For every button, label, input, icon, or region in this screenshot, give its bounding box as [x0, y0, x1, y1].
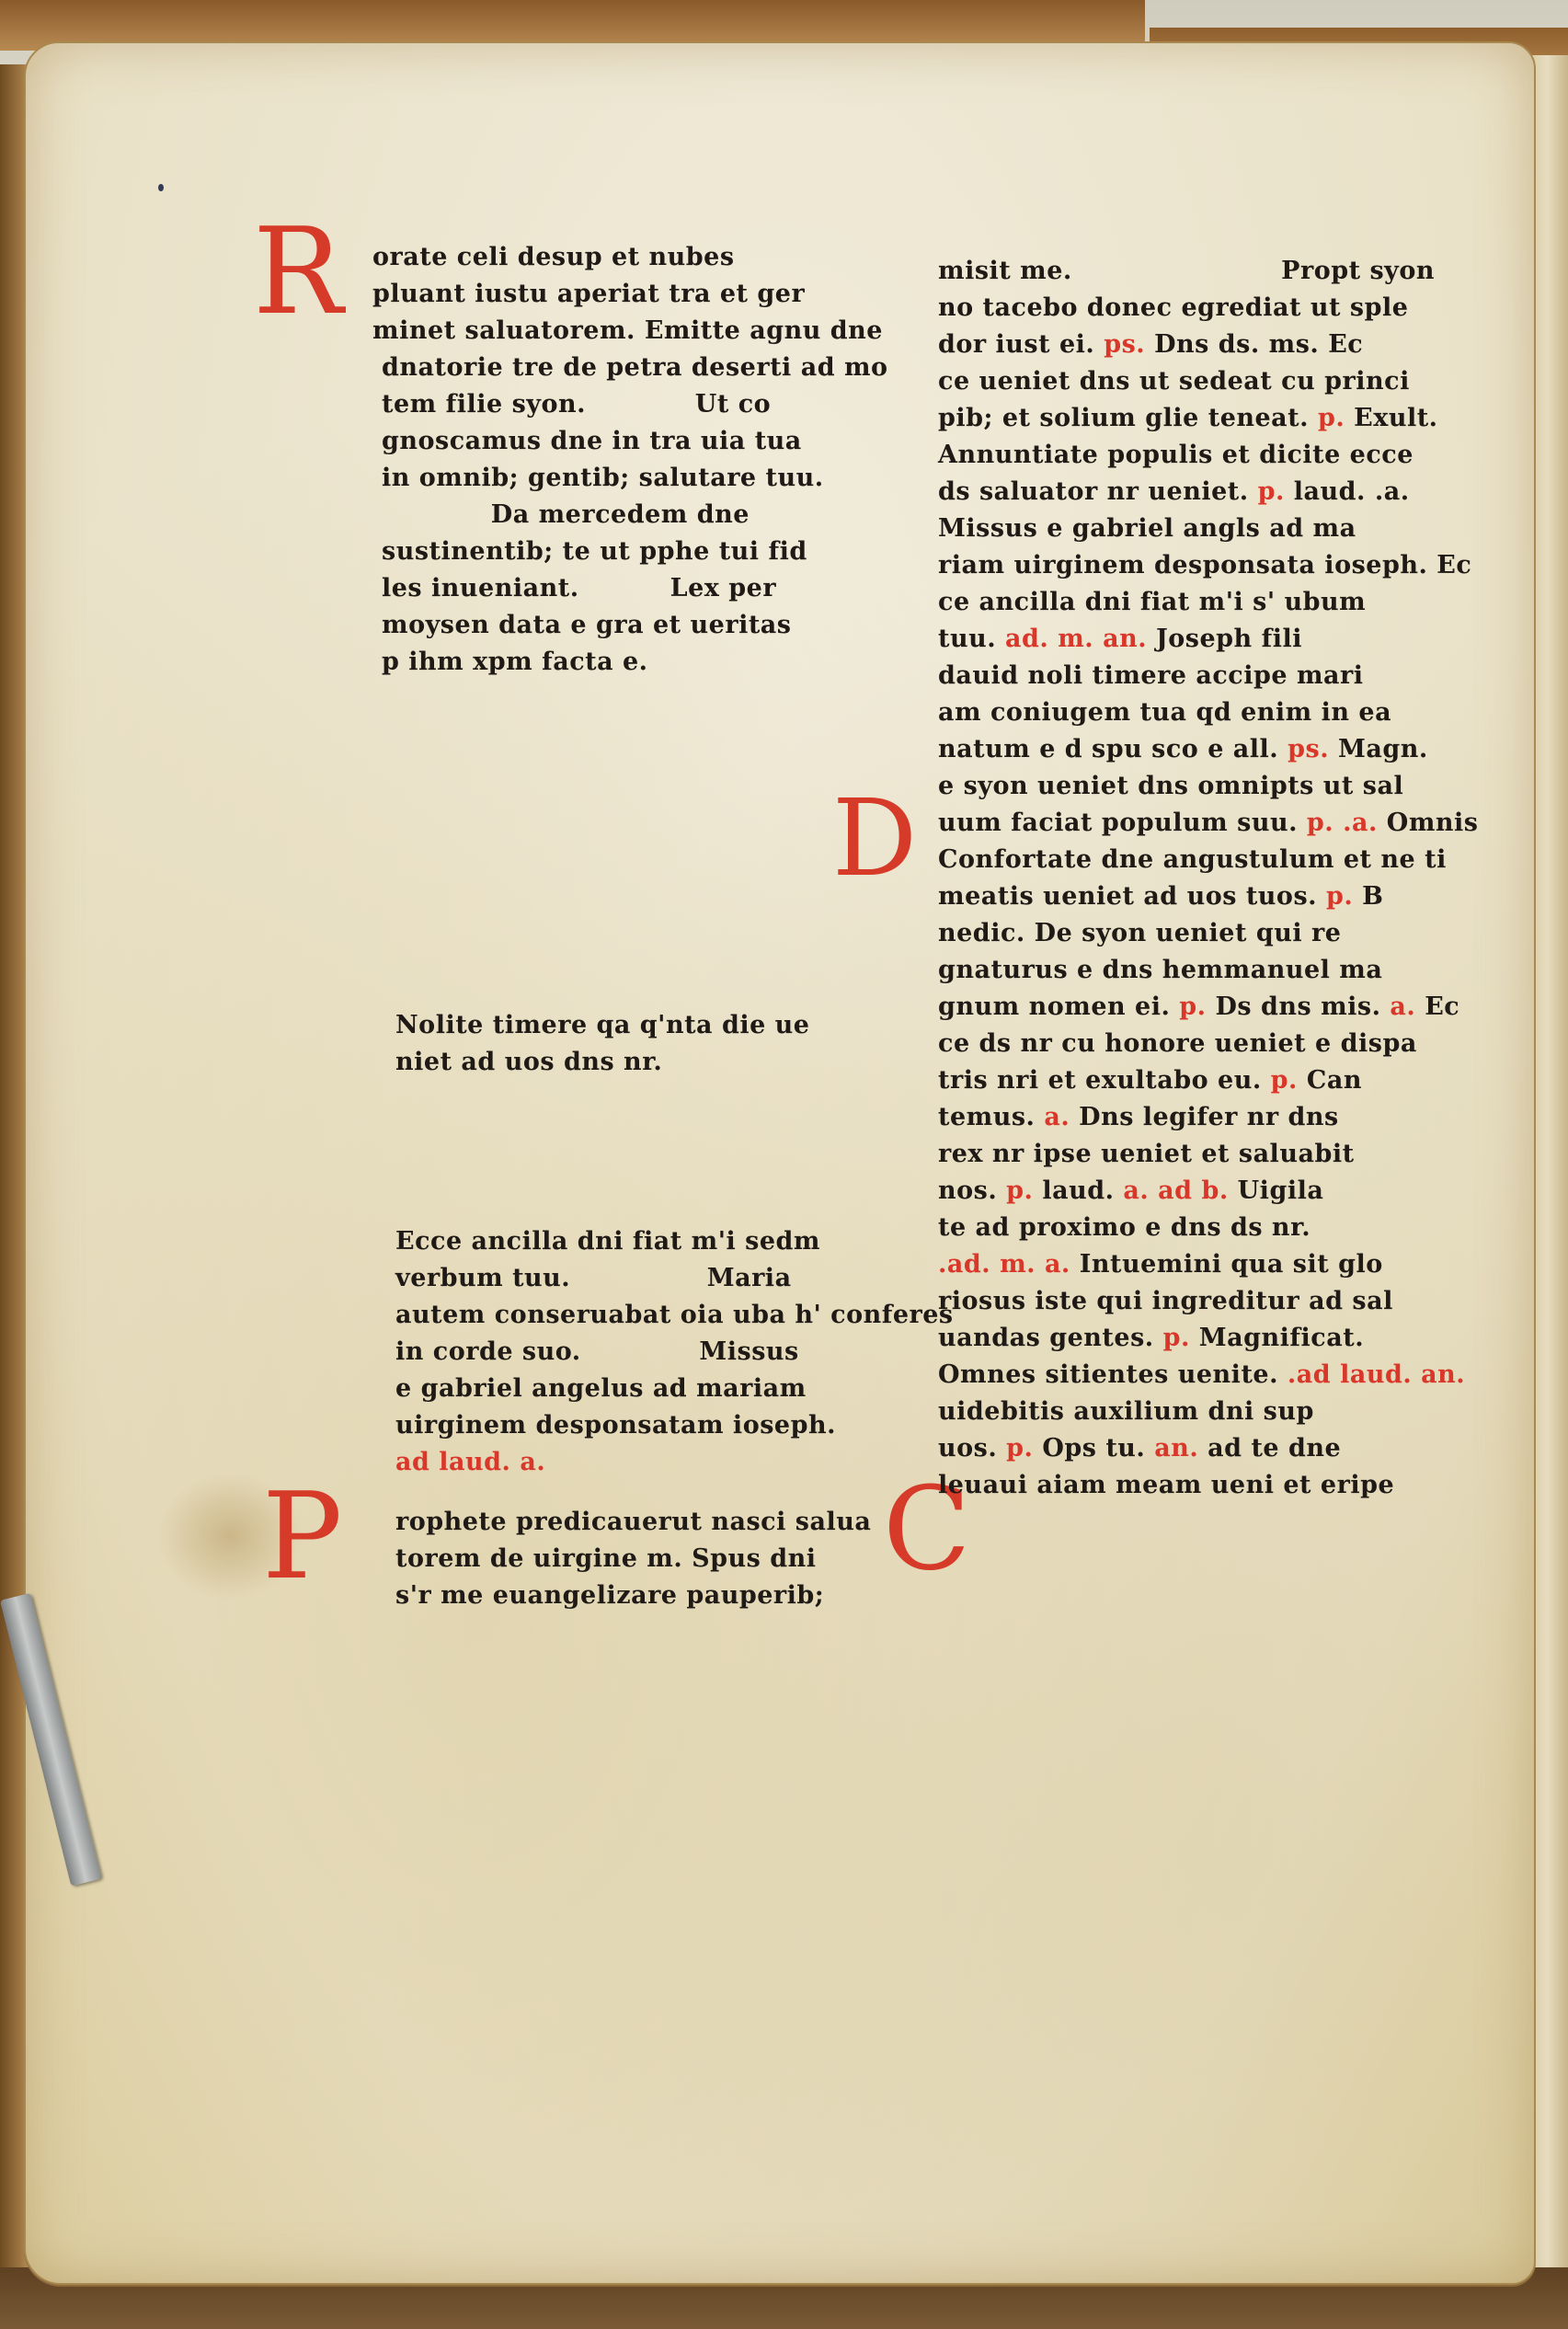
text-segment: ds saluator nr ueniet.	[938, 477, 1258, 506]
rubric-ad-laud: ad laud. a.	[395, 1444, 874, 1481]
text-line: natum e d spu sco e all. ps. Magn.	[938, 731, 1490, 768]
text-line: misit me. Propt syon	[938, 253, 1490, 290]
text-line: Ecce ancilla dni fiat m'i sedm	[395, 1223, 874, 1260]
text-line: am coniugem tua qd enim in ea	[938, 694, 1490, 731]
rubric: p.	[1006, 1434, 1042, 1463]
text-line: meatis ueniet ad uos tuos. p. B	[938, 878, 1490, 915]
rubric: ad. m. an.	[1005, 625, 1156, 653]
text-line: les inueniant. Lex per	[382, 570, 851, 607]
text-segment: nedic. De syon ueniet qui re	[938, 919, 1341, 947]
text-line: ce ancilla dni fiat m'i s' ubum	[938, 584, 1490, 621]
text-line: s'r me euangelizare pauperib;	[395, 1578, 874, 1614]
left-column-block-4: rophete predicauerut nasci salua torem d…	[395, 1504, 874, 1614]
rubric: p. .a.	[1307, 809, 1387, 837]
text-segment: Magnificat.	[1199, 1324, 1364, 1352]
text-line: tuu. ad. m. an. Joseph fili	[938, 621, 1490, 658]
red-initial-p: P	[262, 1476, 342, 1596]
text-line: in omnib; gentib; salutare tuu.	[382, 460, 851, 497]
text-line: niet ad uos dns nr.	[395, 1044, 855, 1081]
text-segment: ce ueniet dns ut sedeat cu princi	[938, 367, 1410, 396]
ink-mark	[158, 184, 164, 191]
text-segment: uos.	[938, 1434, 1006, 1463]
text-segment: temus.	[938, 1103, 1044, 1131]
text-line: temus. a. Dns legifer nr dns	[938, 1099, 1490, 1136]
text-line: dauid noli timere accipe mari	[938, 658, 1490, 694]
rubric: p.	[1179, 992, 1215, 1021]
left-column-block-3: Ecce ancilla dni fiat m'i sedm verbum tu…	[395, 1223, 874, 1481]
text-segment: Can	[1307, 1066, 1362, 1095]
text-line: verbum tuu. Maria	[395, 1260, 874, 1297]
text-line: gnaturus e dns hemmanuel ma	[938, 952, 1490, 989]
text-line: te ad proximo e dns ds nr.	[938, 1210, 1490, 1246]
text-segment: uidebitis auxilium dni sup	[938, 1397, 1314, 1426]
text-line: nedic. De syon ueniet qui re	[938, 915, 1490, 952]
text-line: torem de uirgine m. Spus dni	[395, 1541, 874, 1578]
rubric: a.	[1390, 992, 1425, 1021]
text-line: uandas gentes. p. Magnificat.	[938, 1320, 1490, 1357]
text-line: e syon ueniet dns omnipts ut sal	[938, 768, 1490, 805]
text-segment: tris nri et exultabo eu.	[938, 1066, 1271, 1095]
text-segment: Confortate dne angustulum et ne ti	[938, 845, 1447, 874]
text-segment: Dns ds. ms. Ec	[1154, 330, 1363, 359]
text-line: Da mercedem dne	[382, 497, 851, 533]
text-segment: B	[1362, 882, 1383, 911]
text-segment: pib; et solium glie teneat.	[938, 404, 1318, 432]
text-line: minet saluatorem. Emitte agnu dne	[372, 313, 851, 350]
text-segment: natum e d spu sco e all.	[938, 735, 1288, 763]
text-segment: dor iust ei.	[938, 330, 1104, 359]
text-segment: Omnes sitientes uenite.	[938, 1360, 1288, 1389]
text-segment: gnum nomen ei.	[938, 992, 1179, 1021]
left-column-block-1: orate celi desup et nubes pluant iustu a…	[372, 239, 851, 681]
text-segment: uandas gentes.	[938, 1324, 1163, 1352]
text-line: dor iust ei. ps. Dns ds. ms. Ec	[938, 327, 1490, 363]
text-line: leuaui aiam meam ueni et eripe	[938, 1467, 1490, 1504]
text-line: riosus iste qui ingreditur ad sal	[938, 1283, 1490, 1320]
text-segment: leuaui aiam meam ueni et eripe	[938, 1471, 1394, 1499]
text-line: gnoscamus dne in tra uia tua	[382, 423, 851, 460]
left-column-block-2: Nolite timere qa q'nta die ue niet ad uo…	[395, 1007, 855, 1081]
rubric: p.	[1163, 1324, 1199, 1352]
rubric: an.	[1154, 1434, 1207, 1463]
text-line: rophete predicauerut nasci salua	[395, 1504, 874, 1541]
text-segment: Magn.	[1338, 735, 1428, 763]
text-line: in corde suo. Missus	[395, 1334, 874, 1371]
text-segment: Ops tu.	[1042, 1434, 1154, 1463]
text-line: autem conseruabat oia uba h' conferes	[395, 1297, 874, 1334]
text-segment: tuu.	[938, 625, 1005, 653]
text-line: rex nr ipse ueniet et saluabit	[938, 1136, 1490, 1173]
rubric: .ad laud. an.	[1288, 1360, 1465, 1389]
text-line: .ad. m. a. Intuemini qua sit glo	[938, 1246, 1490, 1283]
text-segment: riam uirginem desponsata ioseph. Ec	[938, 551, 1471, 579]
text-segment: misit me.	[938, 257, 1072, 285]
text-line: uirginem desponsatam ioseph.	[395, 1407, 874, 1444]
text-segment: Dns legifer nr dns	[1079, 1103, 1339, 1131]
rubric: .ad. m. a.	[938, 1250, 1080, 1279]
text-segment: Missus e gabriel angls ad ma	[938, 514, 1356, 543]
text-line: tem filie syon. Ut co	[382, 386, 851, 423]
text-line: moysen data e gra et ueritas	[382, 607, 851, 644]
right-column: misit me. Propt syonno tacebo donec egre…	[938, 253, 1490, 1504]
text-segment: Annuntiate populis et dicite ecce	[938, 441, 1413, 469]
text-line: pluant iustu aperiat tra et ger	[372, 276, 851, 313]
text-line: Missus e gabriel angls ad ma	[938, 511, 1490, 547]
text-segment: Joseph fili	[1156, 625, 1302, 653]
text-segment: Omnis	[1387, 809, 1479, 837]
text-line: Nolite timere qa q'nta die ue	[395, 1007, 855, 1044]
text-segment: laud.	[1042, 1176, 1123, 1205]
red-initial-r: R	[253, 212, 343, 331]
text-segment: Propt syon	[1281, 253, 1435, 290]
rubric: a.	[1044, 1103, 1079, 1131]
text-line: uidebitis auxilium dni sup	[938, 1394, 1490, 1430]
text-segment: dauid noli timere accipe mari	[938, 661, 1364, 690]
text-line: Omnes sitientes uenite. .ad laud. an.	[938, 1357, 1490, 1394]
text-segment: am coniugem tua qd enim in ea	[938, 698, 1391, 727]
text-segment: te ad proximo e dns ds nr.	[938, 1213, 1310, 1242]
rubric: p.	[1271, 1066, 1307, 1095]
text-segment: e syon ueniet dns omnipts ut sal	[938, 772, 1403, 800]
rubric: p.	[1318, 404, 1354, 432]
rubric: a. ad b.	[1123, 1176, 1237, 1205]
text-line: uum faciat populum suu. p. .a. Omnis	[938, 805, 1490, 842]
text-segment: Ds dns mis.	[1215, 992, 1390, 1021]
text-line: ds saluator nr ueniet. p. laud. .a.	[938, 474, 1490, 511]
text-segment: Intuemini qua sit glo	[1080, 1250, 1383, 1279]
text-line: e gabriel angelus ad mariam	[395, 1371, 874, 1407]
rubric: p.	[1326, 882, 1362, 911]
rubric: p.	[1006, 1176, 1042, 1205]
text-line: Annuntiate populis et dicite ecce	[938, 437, 1490, 474]
text-line: gnum nomen ei. p. Ds dns mis. a. Ec	[938, 989, 1490, 1026]
text-line: riam uirginem desponsata ioseph. Ec	[938, 547, 1490, 584]
text-line: ce ds nr cu honore ueniet e dispa	[938, 1026, 1490, 1062]
text-segment: ce ds nr cu honore ueniet e dispa	[938, 1029, 1417, 1058]
text-segment: laud. .a.	[1294, 477, 1410, 506]
text-segment: Exult.	[1354, 404, 1437, 432]
text-line: uos. p. Ops tu. an. ad te dne	[938, 1430, 1490, 1467]
text-segment: ce ancilla dni fiat m'i s' ubum	[938, 588, 1366, 616]
text-segment: gnaturus e dns hemmanuel ma	[938, 956, 1382, 984]
text-line: tris nri et exultabo eu. p. Can	[938, 1062, 1490, 1099]
text-segment: riosus iste qui ingreditur ad sal	[938, 1287, 1393, 1315]
red-initial-d: D	[832, 786, 917, 892]
text-segment: meatis ueniet ad uos tuos.	[938, 882, 1326, 911]
text-line: orate celi desup et nubes	[372, 239, 851, 276]
text-line: p ihm xpm facta e.	[382, 644, 851, 681]
text-line: dnatorie tre de petra deserti ad mo	[382, 350, 851, 386]
text-line: nos. p. laud. a. ad b. Uigila	[938, 1173, 1490, 1210]
text-segment: rex nr ipse ueniet et saluabit	[938, 1140, 1355, 1168]
text-segment: uum faciat populum suu.	[938, 809, 1307, 837]
text-line: sustinentib; te ut pphe tui fid	[382, 533, 851, 570]
text-line: Confortate dne angustulum et ne ti	[938, 842, 1490, 878]
rubric: ps.	[1288, 735, 1338, 763]
text-line: ce ueniet dns ut sedeat cu princi	[938, 363, 1490, 400]
rubric: ps.	[1104, 330, 1154, 359]
rubric: p.	[1258, 477, 1294, 506]
text-line: pib; et solium glie teneat. p. Exult.	[938, 400, 1490, 437]
text-segment: no tacebo donec egrediat ut sple	[938, 293, 1408, 322]
text-segment: Ec	[1425, 992, 1459, 1021]
text-segment: Uigila	[1238, 1176, 1324, 1205]
text-line: no tacebo donec egrediat ut sple	[938, 290, 1490, 327]
text-segment: nos.	[938, 1176, 1006, 1205]
text-segment: ad te dne	[1207, 1434, 1341, 1463]
